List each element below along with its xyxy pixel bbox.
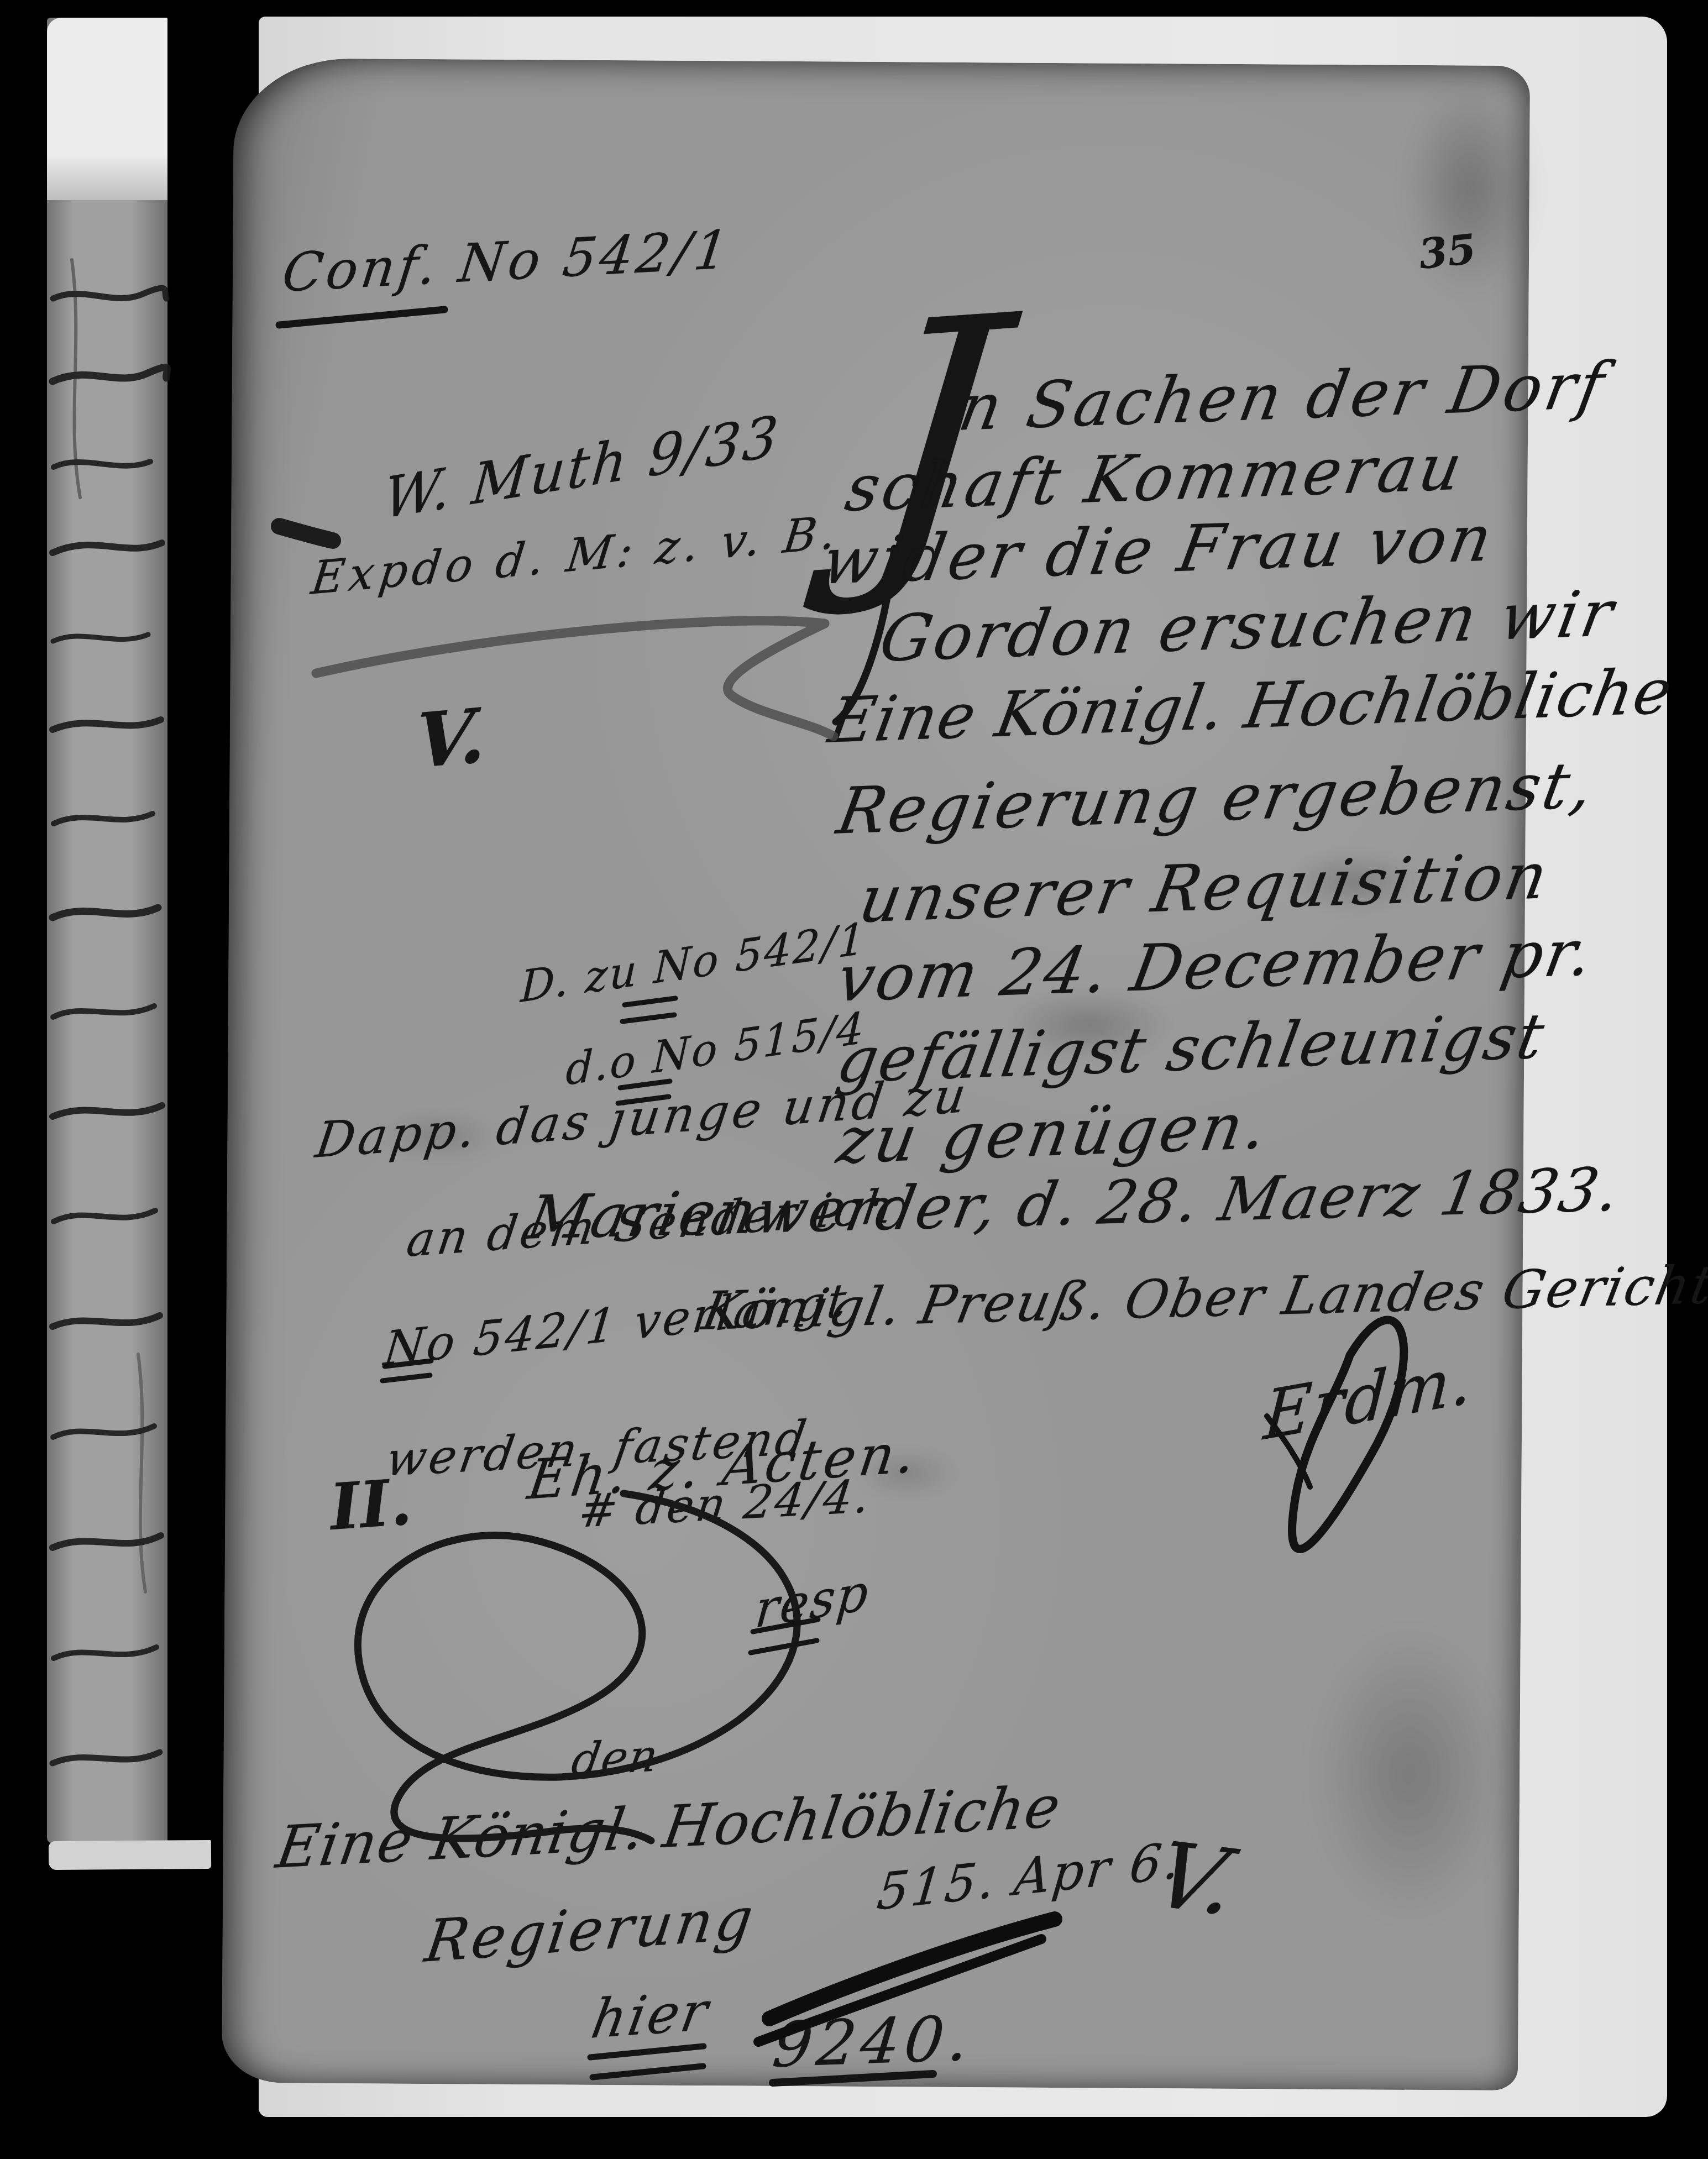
previous-page-bottom-edge [49,1840,211,1870]
previous-page-blank-top [47,18,167,200]
den-note: den [568,1730,663,1786]
register-number: 9240. [769,2003,976,2082]
place-note: hier [587,1980,715,2051]
folio-number: 35 [1417,226,1478,279]
v-mark: V. [413,690,489,785]
previous-page-edge [47,18,167,1843]
section-label: II. [328,1465,415,1545]
body-line: zu genügen. [832,1089,1276,1178]
microfilm-scan: Conf. No 542/1 35 W. Muth 9/33 Expdo d. … [0,0,1708,2159]
